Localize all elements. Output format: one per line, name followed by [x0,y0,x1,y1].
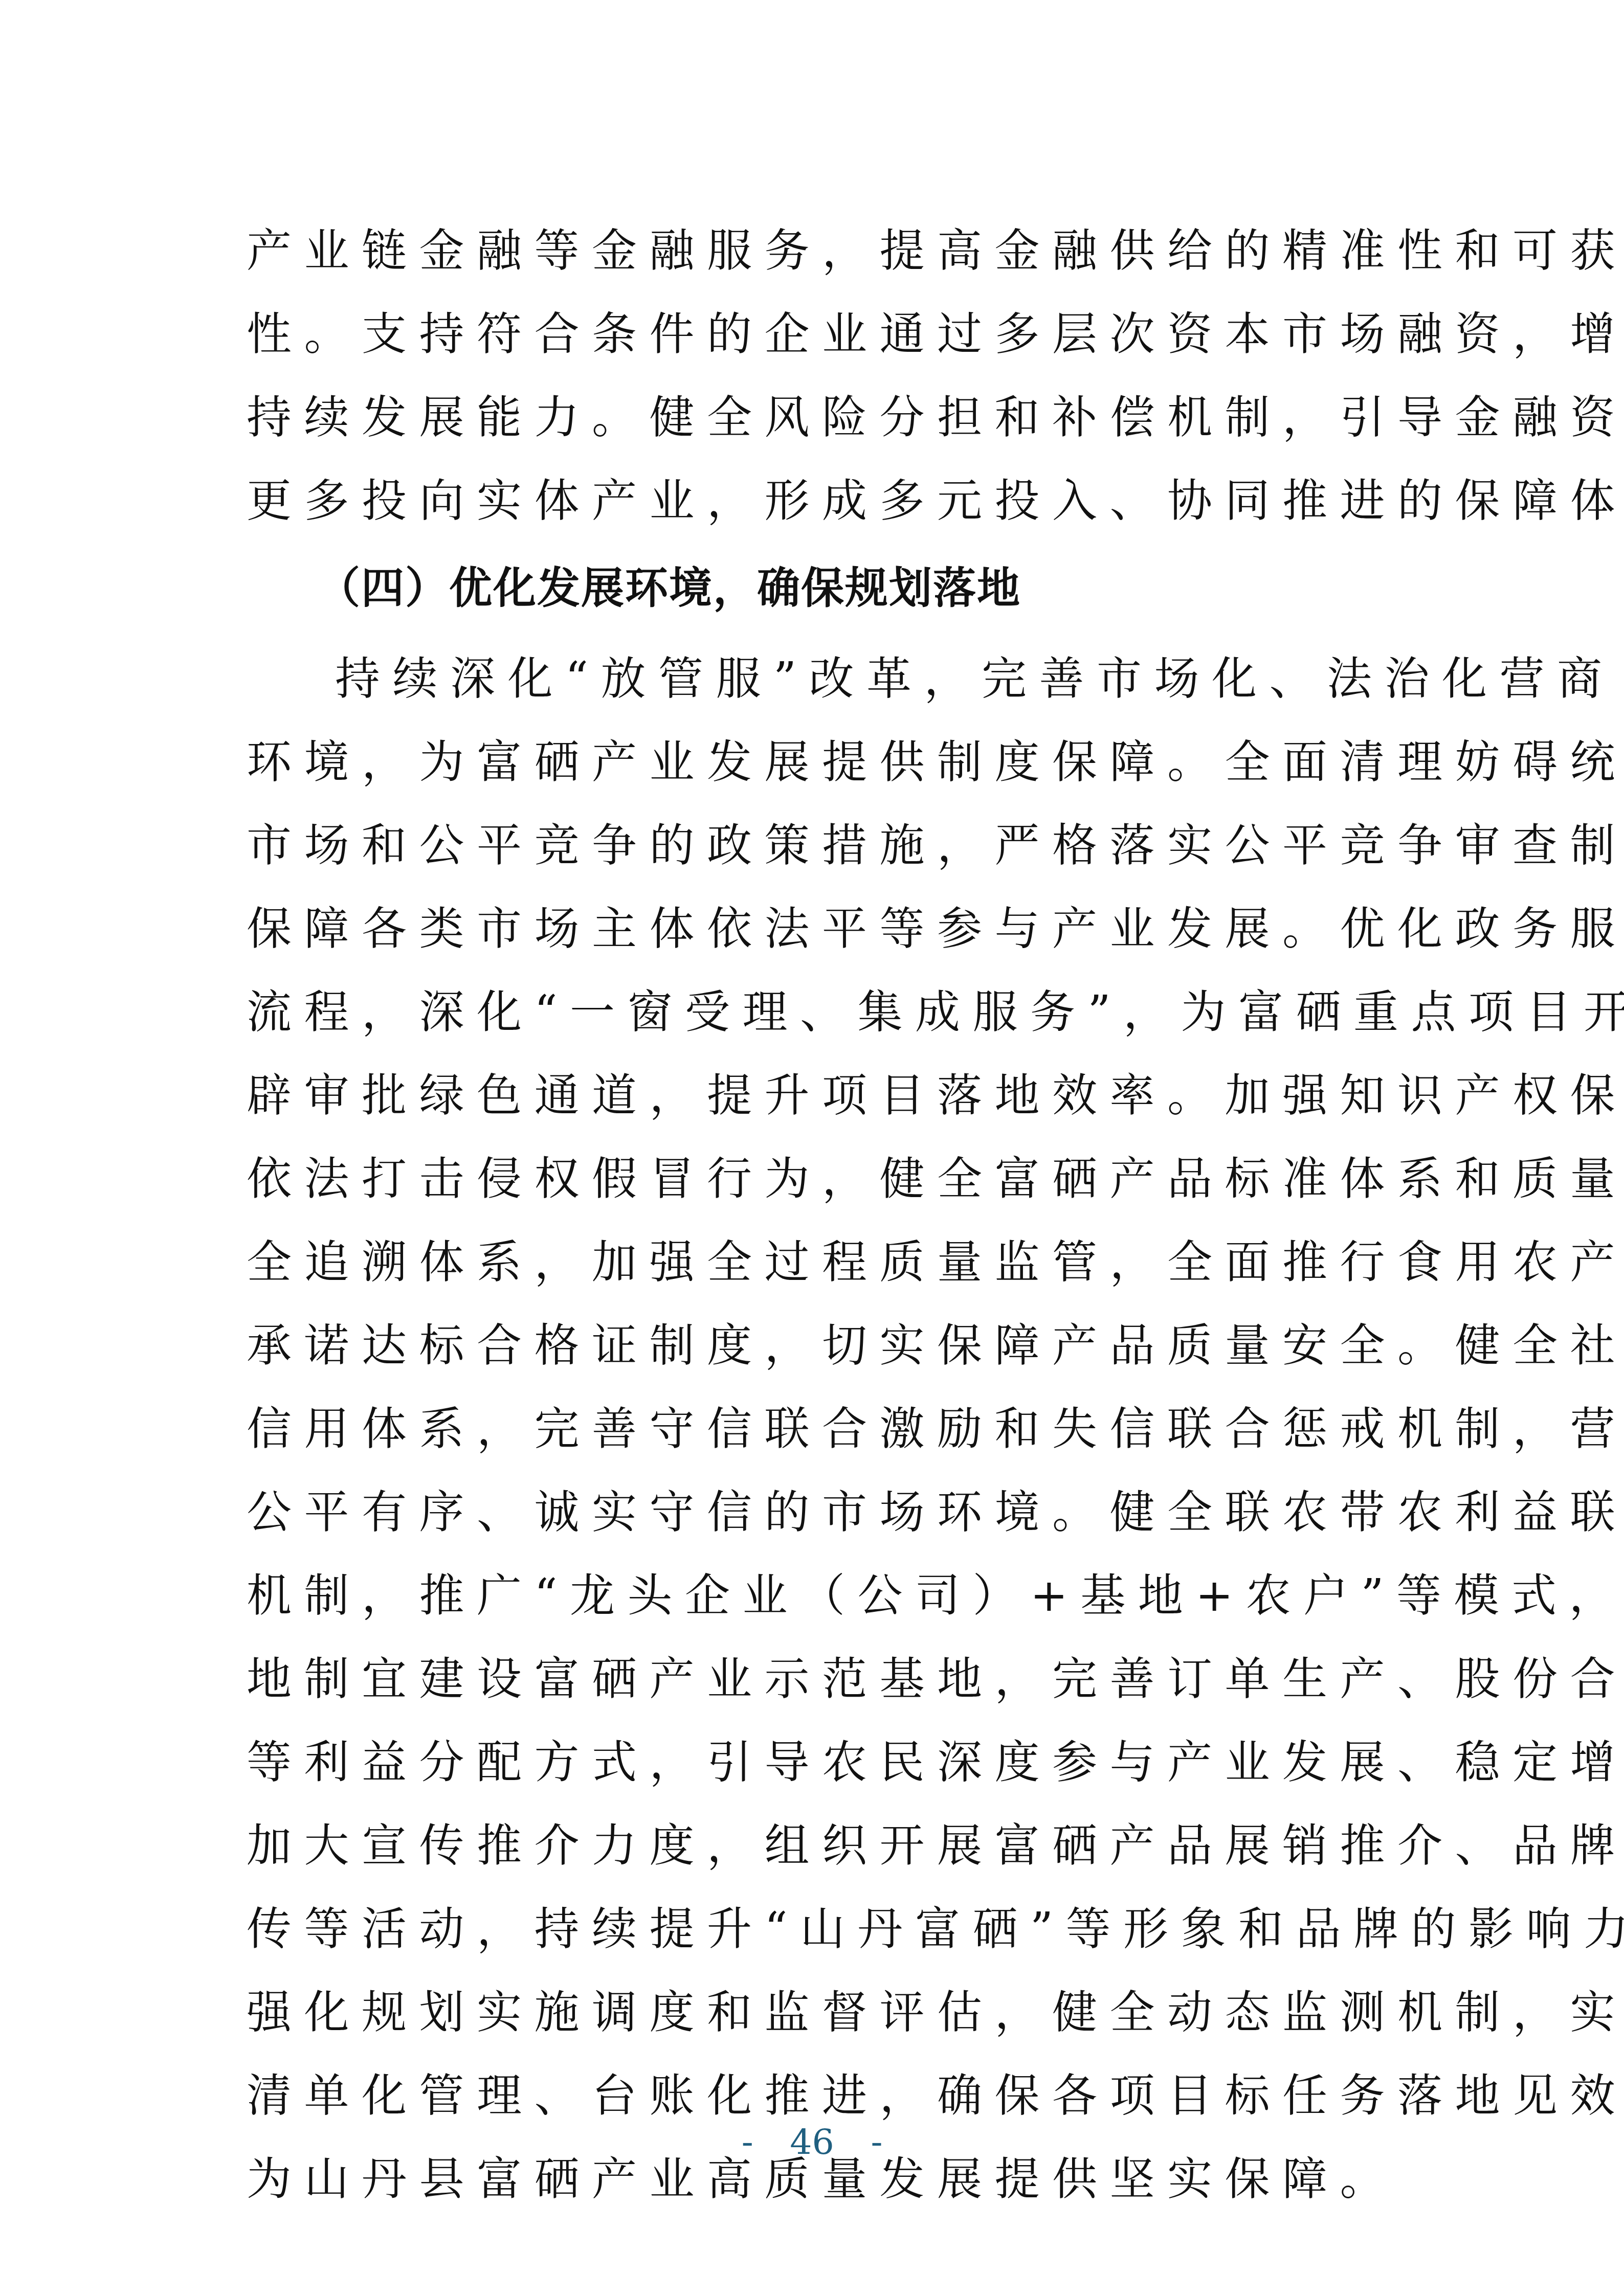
page-number-dash-right: - [871,2122,882,2163]
paragraph-line: 加大宣传推介力度，组织开展富硒产品展销推介、品牌宣 [247,1817,1382,1874]
paragraph-line: 传等活动，持续提升“山丹富硒”等形象和品牌的影响力。 [247,1901,1382,1957]
paragraph-line: 全追溯体系，加强全过程质量监管，全面推行食用农产品 [247,1234,1382,1290]
paragraph-line: 依法打击侵权假冒行为，健全富硒产品标准体系和质量安 [247,1151,1382,1207]
paragraph-line: 保障各类市场主体依法平等参与产业发展。优化政务服务 [247,901,1382,957]
paragraph-line: 强化规划实施调度和监督评估，健全动态监测机制，实行 [247,1984,1382,2040]
paragraph-line: 流程，深化“一窗受理、集成服务”，为富硒重点项目开 [247,984,1382,1040]
paragraph-line: 性。支持符合条件的企业通过多层次资本市场融资，增强 [247,306,1382,362]
paragraph-line: 更多投向实体产业，形成多元投入、协同推进的保障体系。 [247,472,1382,529]
paragraph-line: 地制宜建设富硒产业示范基地，完善订单生产、股份合作 [247,1651,1382,1707]
page-number-dash-left: - [742,2122,753,2163]
paragraph-line: 承诺达标合格证制度，切实保障产品质量安全。健全社会 [247,1317,1382,1374]
paragraph-line: 市场和公平竞争的政策措施，严格落实公平竞争审查制度， [247,817,1382,873]
paragraph-line: 产业链金融等金融服务，提高金融供给的精准性和可获得 [247,222,1382,279]
document-page: 产业链金融等金融服务，提高金融供给的精准性和可获得 性。支持符合条件的企业通过多… [0,0,1624,2296]
page-number: - 46 - [0,2122,1624,2163]
paragraph-line: 等利益分配方式，引导农民深度参与产业发展、稳定增收。 [247,1734,1382,1790]
paragraph-line: 清单化管理、台账化推进，确保各项目标任务落地见效， [247,2067,1382,2124]
paragraph-line: 辟审批绿色通道，提升项目落地效率。加强知识产权保护， [247,1067,1382,1123]
page-number-value: 46 [790,2122,834,2163]
paragraph-line: 持续发展能力。健全风险分担和补偿机制，引导金融资源 [247,389,1382,445]
paragraph-line: 环境，为富硒产业发展提供制度保障。全面清理妨碍统一 [247,734,1382,790]
paragraph-line: 公平有序、诚实守信的市场环境。健全联农带农利益联结 [247,1484,1382,1540]
paragraph-line: 信用体系，完善守信联合激励和失信联合惩戒机制，营造 [247,1401,1382,1457]
section-heading: （四）优化发展环境，确保规划落地 [317,560,1021,616]
paragraph-line: 机制，推广“龙头企业（公司）+基地+农户”等模式，因 [247,1567,1382,1624]
paragraph-line: 持续深化“放管服”改革，完善市场化、法治化营商 [335,650,1382,707]
